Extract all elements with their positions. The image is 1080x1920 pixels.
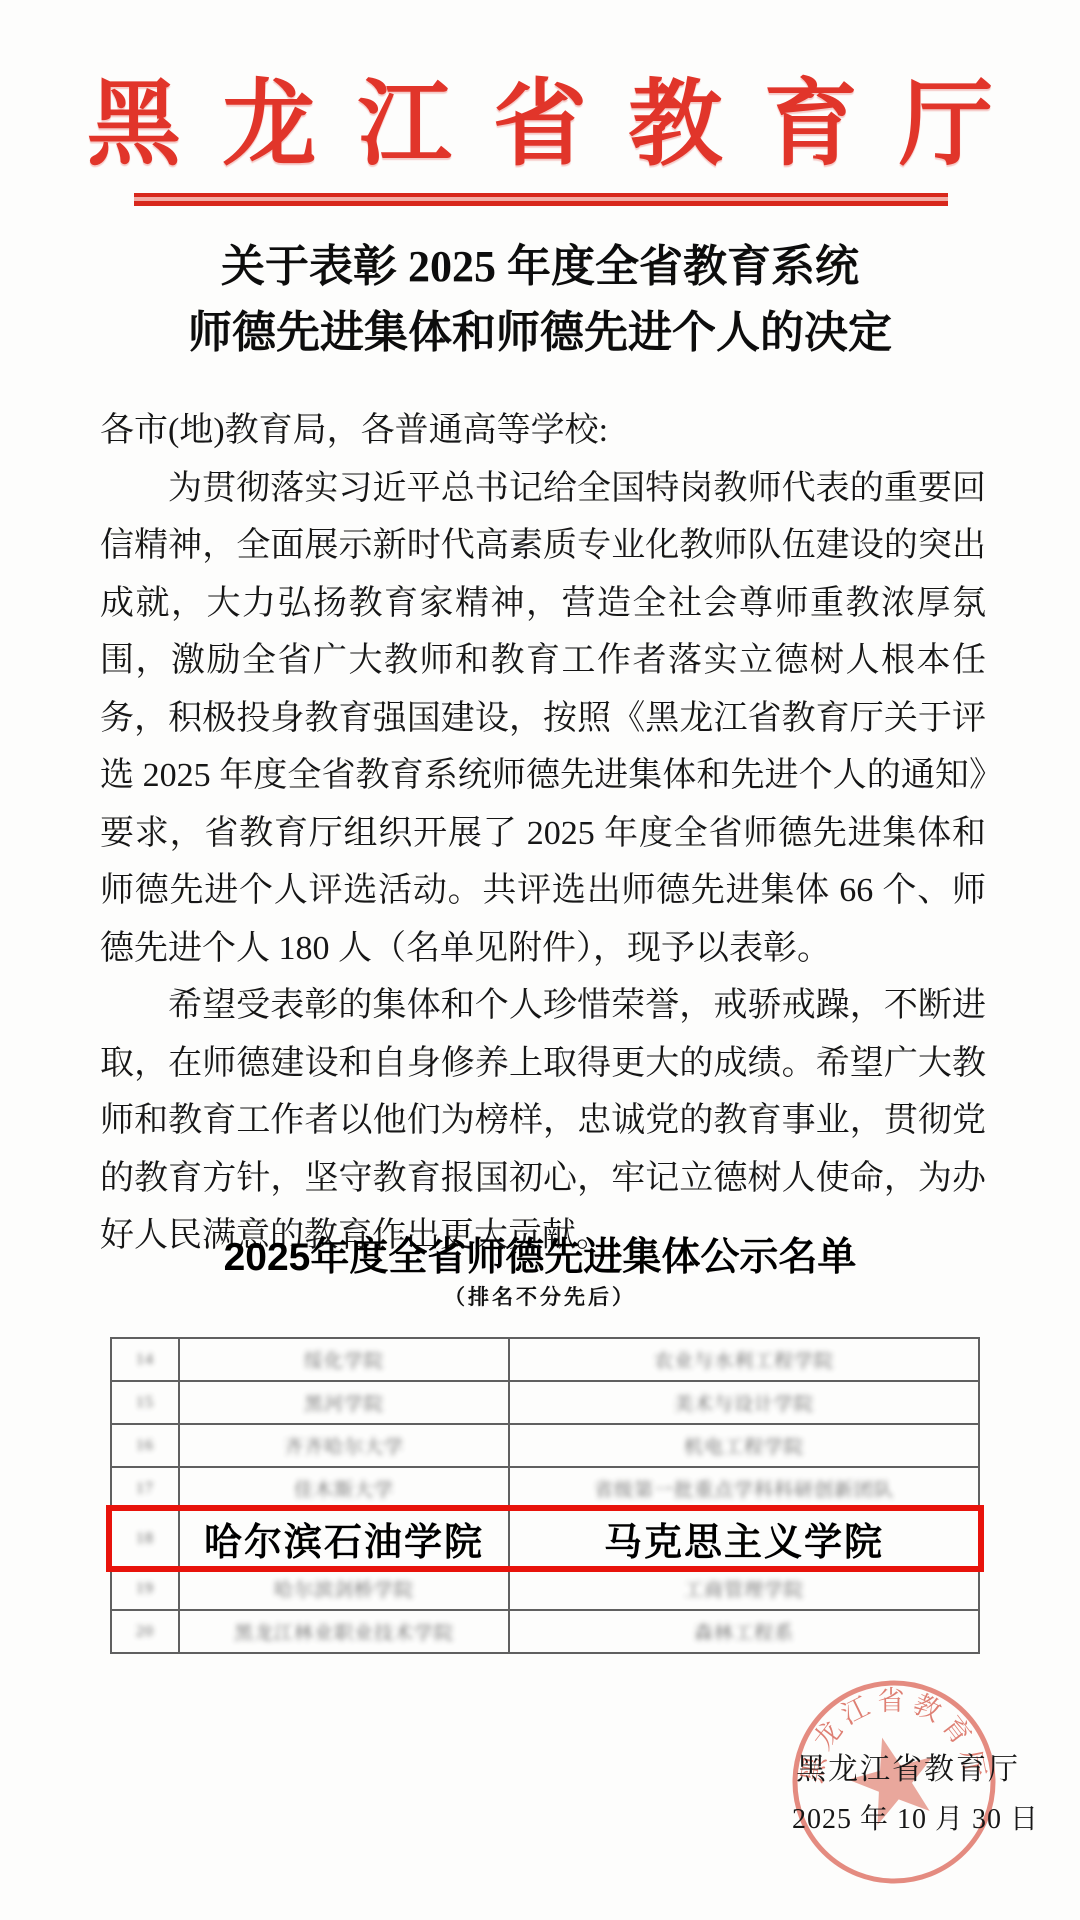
school-name: 黑河学院 — [179, 1381, 509, 1424]
salutation: 各市(地)教育局，各普通高等学校: — [100, 402, 986, 460]
school-name: 绥化学院 — [179, 1338, 509, 1381]
agency-letterhead: 黑龙江省教育厅 — [0, 76, 1080, 175]
school-name: 黑龙江林业职业技术学院 — [179, 1610, 509, 1653]
row-number: 14 — [111, 1338, 179, 1381]
school-name-text: 齐齐哈尔大学 — [284, 1437, 404, 1458]
collective-name-text: 美术与设计学院 — [674, 1394, 814, 1415]
list-section-title: 2025年度全省师德先进集体公示名单 — [0, 1226, 1080, 1282]
row-number-text: 15 — [136, 1394, 154, 1411]
table-row: 17佳木斯大学省级第一批重点学科科研创新团队 — [111, 1467, 979, 1510]
collectives-table-body: 14绥化学院农业与水利工程学院15黑河学院美术与设计学院16齐齐哈尔大学机电工程… — [111, 1338, 979, 1653]
row-number: 15 — [111, 1381, 179, 1424]
collective-name: 机电工程学院 — [509, 1424, 979, 1467]
signature-date: 2025 年 10 月 30 日 — [792, 1797, 1039, 1837]
table-row: 18哈尔滨石油学院马克思主义学院 — [111, 1510, 979, 1567]
row-number: 18 — [111, 1510, 179, 1567]
row-number-text: 17 — [136, 1480, 154, 1497]
collective-name-text: 省级第一批重点学科科研创新团队 — [594, 1480, 894, 1501]
list-section-subtitle: （排名不分先后） — [0, 1281, 1080, 1311]
row-number: 20 — [111, 1610, 179, 1653]
school-name-text: 绥化学院 — [304, 1351, 384, 1372]
school-name-text: 哈尔滨剑桥学院 — [274, 1580, 414, 1601]
school-name: 佳木斯大学 — [179, 1467, 509, 1510]
collective-name: 美术与设计学院 — [509, 1381, 979, 1424]
table-row: 20黑龙江林业职业技术学院森林工程系 — [111, 1610, 979, 1653]
document-body: 各市(地)教育局，各普通高等学校: 为贯彻落实习近平总书记给全国特岗教师代表的重… — [100, 402, 986, 1265]
collective-name-text: 马克思主义学院 — [604, 1522, 884, 1564]
collective-name-text: 机电工程学院 — [684, 1437, 804, 1458]
row-number-text: 20 — [136, 1623, 154, 1640]
body-paragraph-2: 希望受表彰的集体和个人珍惜荣誉，戒骄戒躁，不断进取，在师德建设和自身修养上取得更… — [100, 977, 986, 1265]
collective-name: 省级第一批重点学科科研创新团队 — [509, 1467, 979, 1510]
body-paragraph-1: 为贯彻落实习近平总书记给全国特岗教师代表的重要回信精神，全面展示新时代高素质专业… — [100, 460, 986, 978]
school-name: 哈尔滨剑桥学院 — [179, 1567, 509, 1610]
table-row: 16齐齐哈尔大学机电工程学院 — [111, 1424, 979, 1467]
collectives-table: 14绥化学院农业与水利工程学院15黑河学院美术与设计学院16齐齐哈尔大学机电工程… — [110, 1337, 978, 1654]
row-number-text: 18 — [136, 1530, 154, 1547]
table-row: 15黑河学院美术与设计学院 — [111, 1381, 979, 1424]
row-number: 17 — [111, 1467, 179, 1510]
collective-name: 工商管理学院 — [509, 1567, 979, 1610]
school-name-text: 佳木斯大学 — [294, 1480, 394, 1501]
row-number-text: 14 — [136, 1351, 154, 1368]
collective-name-text: 农业与水利工程学院 — [654, 1351, 834, 1372]
collectives-table-grid: 14绥化学院农业与水利工程学院15黑河学院美术与设计学院16齐齐哈尔大学机电工程… — [110, 1337, 980, 1654]
collective-name-text: 森林工程系 — [694, 1623, 794, 1644]
school-name-text: 哈尔滨石油学院 — [204, 1522, 484, 1564]
school-name-text: 黑河学院 — [304, 1394, 384, 1415]
document-title: 关于表彰 2025 年度全省教育系统 师德先进集体和师德先进个人的决定 — [0, 234, 1080, 366]
collective-name: 农业与水利工程学院 — [509, 1338, 979, 1381]
school-name-text: 黑龙江林业职业技术学院 — [234, 1623, 454, 1644]
signature-agency: 黑龙江省教育厅 — [796, 1744, 1020, 1788]
row-number: 16 — [111, 1424, 179, 1467]
document-title-line1: 关于表彰 2025 年度全省教育系统 — [0, 234, 1080, 300]
document-title-line2: 师德先进集体和师德先进个人的决定 — [0, 300, 1080, 366]
table-row: 14绥化学院农业与水利工程学院 — [111, 1338, 979, 1381]
red-separator-line — [134, 193, 948, 206]
school-name: 齐齐哈尔大学 — [179, 1424, 509, 1467]
collective-name: 马克思主义学院 — [509, 1510, 979, 1567]
table-row: 19哈尔滨剑桥学院工商管理学院 — [111, 1567, 979, 1610]
row-number-text: 19 — [136, 1580, 154, 1597]
row-number-text: 16 — [136, 1437, 154, 1454]
collective-name: 森林工程系 — [509, 1610, 979, 1653]
school-name: 哈尔滨石油学院 — [179, 1510, 509, 1567]
row-number: 19 — [111, 1567, 179, 1610]
collective-name-text: 工商管理学院 — [684, 1580, 804, 1601]
document-page: 黑龙江省教育厅 关于表彰 2025 年度全省教育系统 师德先进集体和师德先进个人… — [0, 0, 1080, 1920]
